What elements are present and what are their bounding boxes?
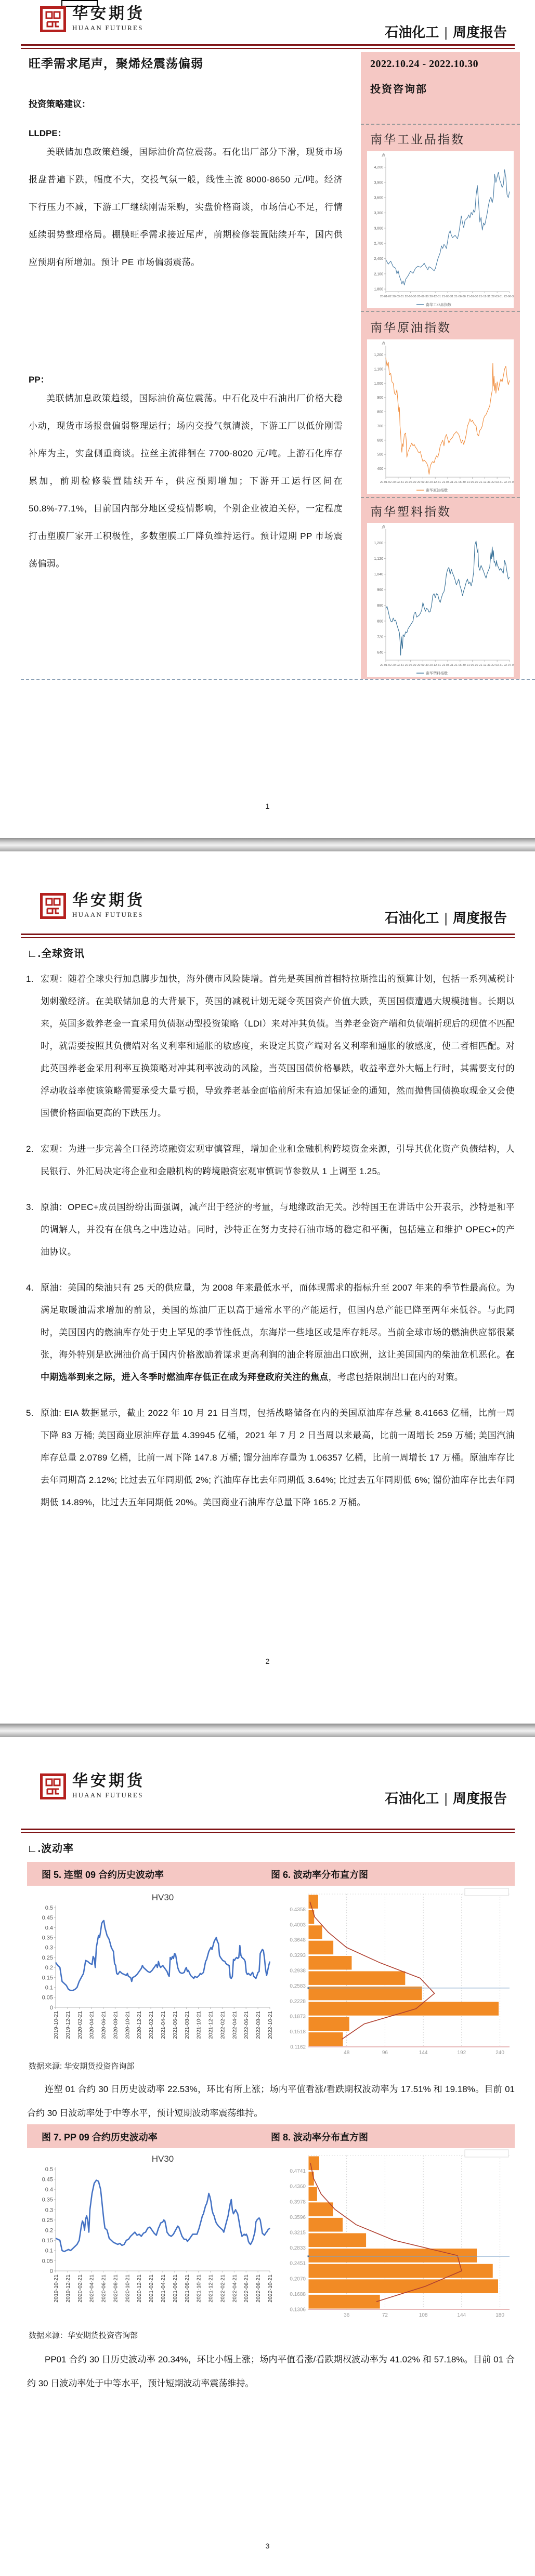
svg-text:1,200: 1,200 [374,353,383,357]
svg-text:2022-02-21: 2022-02-21 [219,2275,226,2303]
svg-text:20-06-30: 20-06-30 [405,295,416,298]
sidebar-panel: 2022.10.24 - 2022.10.30 投资咨询部 南华工业品指数 1,… [361,52,520,679]
svg-text:0.2451: 0.2451 [290,2261,306,2267]
svg-text:0.3596: 0.3596 [290,2215,306,2220]
svg-text:640: 640 [377,651,383,654]
svg-text:2021-10-21: 2021-10-21 [196,2011,202,2039]
lldpe-heading: LLDPE： [29,126,67,139]
svg-text:96: 96 [382,2050,388,2056]
svg-text:2022-10-21: 2022-10-21 [267,2011,273,2039]
svg-text:2021-06-21: 2021-06-21 [172,2275,178,2303]
sidebar-divider [361,124,520,125]
svg-text:960: 960 [377,588,383,592]
svg-text:HV30: HV30 [152,1892,174,1902]
svg-text:0: 0 [50,2268,53,2275]
svg-text:0.2583: 0.2583 [290,1983,306,1989]
global-news-list: 1.宏观：随着全球央行加息脚步加快，海外债市风险陡增。首先是英国前首相特拉斯推出… [26,968,515,1527]
svg-text:22-03-31: 22-03-31 [491,664,503,667]
header-rule [21,44,515,49]
svg-text:0.4360: 0.4360 [290,2184,306,2190]
item-number: 2. [26,1138,34,1160]
report-type-header: 石油化工|周度报告 [385,22,507,41]
svg-text:0.3: 0.3 [45,2207,53,2213]
svg-text:900: 900 [377,396,383,400]
svg-text:21-03-31: 21-03-31 [442,295,453,298]
l09-hv30-chart: 00.050.10.150.20.250.30.350.40.450.52019… [29,1889,277,2058]
figure-caption-banner: 图 7. PP 09 合约历史波动率 图 8. 波动率分布直方图 [27,2124,515,2148]
svg-text:22-03-31: 22-03-31 [491,481,503,484]
svg-text:22-07-01: 22-07-01 [504,481,514,484]
svg-text:20-03-31: 20-03-31 [393,481,404,484]
pp-paragraph: 美联储加息政策趋缓，国际油价高位震荡。中石化及中石油出厂价格大稳小动，现货市场报… [29,385,343,577]
svg-text:20-01-02: 20-01-02 [380,295,392,298]
svg-text:144: 144 [419,2050,428,2056]
svg-text:0.35: 0.35 [42,2197,53,2203]
svg-text:144: 144 [458,2312,466,2318]
svg-text:800: 800 [377,620,383,623]
svg-text:2020-08-21: 2020-08-21 [112,2011,119,2039]
svg-text:2021-04-21: 2021-04-21 [160,2011,166,2039]
sector-label: 石油化工 [385,24,439,40]
svg-text:0.3215: 0.3215 [290,2230,306,2236]
brand-logo: 华安期货 HUAAN FUTURES [40,6,145,32]
l-volatility-paragraph: 连塑 01 合约 30 日历史波动率 22.53%，环比有所上涨；场内平值看涨/… [27,2078,515,2125]
svg-text:2020-08-21: 2020-08-21 [112,2275,119,2303]
svg-text:2022-08-21: 2022-08-21 [255,2275,262,2303]
svg-text:2020-10-21: 2020-10-21 [124,2275,131,2303]
list-item: 4.原油：美国的柴油只有 25 天的供应量，为 2008 年来最低水平，而体现需… [26,1277,515,1388]
sidebar-section-title-plastics: 南华塑料指数 [370,502,451,519]
global-news-heading: ∟.全球资讯 [27,945,85,960]
svg-text:500: 500 [377,453,383,457]
header-rule [21,934,515,938]
brand-seal-icon [40,6,66,32]
report-date-range: 2022.10.24 - 2022.10.30 [370,58,478,70]
svg-text:0.2070: 0.2070 [290,2276,306,2282]
svg-text:1,100: 1,100 [374,367,383,371]
svg-text:800: 800 [377,411,383,414]
svg-text:21-09-30: 21-09-30 [467,295,478,298]
svg-text:0.1: 0.1 [45,1984,53,1991]
svg-text:108: 108 [419,2312,428,2318]
brand-seal-icon [40,1773,66,1799]
svg-text:南华原油指数: 南华原油指数 [426,488,448,493]
page-3: 华安期货 HUAAN FUTURES 石油化工|周度报告 ∟.波动率 图 5. … [0,1737,535,2576]
svg-text:0.1873: 0.1873 [290,2014,306,2020]
svg-text:2,700: 2,700 [374,242,383,246]
brand-logo: 华安期货 HUAAN FUTURES [40,893,145,919]
svg-text:3,000: 3,000 [374,227,383,230]
chart-box-industrial: 1,8002,1002,4002,7003,0003,3003,6003,900… [367,151,514,308]
item-number: 5. [26,1402,34,1424]
figure-caption-banner: 图 5. 连塑 09 合约历史波动率 图 6. 波动率分布直方图 [27,1862,515,1886]
svg-text:0.1306: 0.1306 [290,2307,306,2313]
svg-text:20-09-30: 20-09-30 [417,664,428,667]
sector-label: 石油化工 [385,1791,439,1806]
list-item: 5.原油: EIA 数据显示，截止 2022 年 10 月 21 日当周，包括战… [26,1402,515,1514]
svg-text:0.2: 0.2 [45,1965,53,1971]
chart-box-plastics: 6407208008809601,0401,1201,20020-01-0220… [367,523,514,677]
svg-text:0.1688: 0.1688 [290,2292,306,2297]
nanhua-plastics-index-chart: 6407208008809601,0401,1201,20020-01-0220… [367,523,514,677]
svg-text:0.2: 0.2 [45,2227,53,2233]
item-text: 原油：OPEC+成员国纷纷出面强调，减产出于经济的考量，与地缘政治无关。沙特国王… [41,1202,515,1257]
item-number: 1. [26,968,34,990]
svg-text:0.4741: 0.4741 [290,2168,306,2174]
header-separator: | [444,24,448,40]
department-label: 投资咨询部 [370,81,427,96]
item-number: 3. [26,1196,34,1218]
svg-text:2020-12-21: 2020-12-21 [136,2275,142,2303]
fig8-caption: 图 8. 波动率分布直方图 [271,2130,368,2144]
svg-text:2021-08-21: 2021-08-21 [184,2011,190,2039]
svg-text:20-09-30: 20-09-30 [417,295,428,298]
svg-text:0.4: 0.4 [45,1925,53,1931]
svg-text:0.4: 0.4 [45,2187,53,2193]
header-separator: | [444,1791,448,1806]
svg-text:2022-06-21: 2022-06-21 [243,2011,250,2039]
report-type-header: 石油化工|周度报告 [385,908,507,927]
svg-text:0.5: 0.5 [45,2166,53,2173]
svg-text:HV30: HV30 [152,2154,174,2164]
svg-text:192: 192 [458,2050,466,2056]
page-2: 华安期货 HUAAN FUTURES 石油化工|周度报告 ∟.全球资讯 1.宏观… [0,851,535,1724]
brand-name-en: HUAAN FUTURES [72,1791,145,1799]
pp-heading: PP： [29,372,49,385]
svg-text:21-03-31: 21-03-31 [442,664,453,667]
svg-text:0: 0 [50,2005,53,2011]
svg-text:2020-06-21: 2020-06-21 [101,2275,107,2303]
svg-text:0.05: 0.05 [42,1995,53,2001]
pp09-hv30-chart: 00.050.10.150.20.250.30.350.40.450.52019… [29,2150,277,2322]
svg-text:点: 点 [382,341,386,346]
svg-text:22-06-30: 22-06-30 [504,295,514,298]
svg-text:21-12-31: 21-12-31 [479,664,490,667]
fig6-caption: 图 6. 波动率分布直方图 [271,1868,368,1881]
brand-logo: 华安期货 HUAAN FUTURES [40,1773,145,1799]
volatility-heading: ∟.波动率 [27,1840,74,1855]
svg-text:0.45: 0.45 [42,2176,53,2183]
l-volatility-histogram: 48961441922400.43580.40030.36480.32930.2… [283,1888,515,2059]
svg-text:南华塑料指数: 南华塑料指数 [426,671,448,676]
svg-text:0.25: 0.25 [42,1955,53,1961]
item-text: 原油: EIA 数据显示，截止 2022 年 10 月 21 日当周，包括战略储… [41,1408,515,1507]
svg-text:2021-10-21: 2021-10-21 [196,2275,202,2303]
svg-text:0.5: 0.5 [45,1905,53,1911]
svg-text:600: 600 [377,439,383,442]
svg-text:2019-12-21: 2019-12-21 [65,2011,71,2039]
svg-text:2021-04-21: 2021-04-21 [160,2275,166,2303]
brand-seal-icon [40,893,66,919]
item-text: 宏观：为进一步完善全口径跨境融资宏观审慎管理，增加企业和金融机构跨境资金来源，引… [41,1144,515,1176]
svg-text:20-01-02: 20-01-02 [380,664,392,667]
svg-text:21-06-30: 21-06-30 [454,481,466,484]
svg-text:2022-04-21: 2022-04-21 [231,2275,238,2303]
svg-text:21-06-30: 21-06-30 [454,295,466,298]
svg-text:2020-02-21: 2020-02-21 [77,2011,83,2039]
report-type-header: 石油化工|周度报告 [385,1788,507,1807]
page-number: 3 [0,2542,535,2550]
svg-text:0.2833: 0.2833 [290,2245,306,2251]
svg-text:2019-12-21: 2019-12-21 [65,2275,71,2303]
data-source-note: 数据来源：华安期货投资咨询部 [29,2330,138,2341]
svg-text:20-06-30: 20-06-30 [405,664,416,667]
sidebar-divider [361,497,520,498]
svg-text:720: 720 [377,635,383,639]
svg-text:4,200: 4,200 [374,166,383,169]
svg-text:2022-06-21: 2022-06-21 [243,2275,250,2303]
svg-text:20-06-30: 20-06-30 [405,481,416,484]
pp-volatility-histogram: 36721081441800.47410.43600.39780.35960.3… [283,2149,515,2322]
svg-text:22-07-01: 22-07-01 [504,664,514,667]
svg-text:2020-04-21: 2020-04-21 [89,2275,95,2303]
svg-text:700: 700 [377,425,383,428]
svg-text:点: 点 [382,153,386,157]
svg-text:36: 36 [344,2312,350,2318]
svg-text:0.1518: 0.1518 [290,2029,306,2035]
lldpe-paragraph: 美联储加息政策趋缓，国际油价高位震荡。石化出厂部分下滑，现货市场报盘普遍下跌，幅… [29,138,343,276]
svg-text:0.3648: 0.3648 [290,1938,306,1943]
sidebar-section-title-crude: 南华原油指数 [370,318,451,335]
data-source-note: 数据来源: 华安期货投资咨询部 [29,2060,134,2071]
svg-text:2021-06-21: 2021-06-21 [172,2011,178,2039]
svg-text:21-12-31: 21-12-31 [479,295,490,298]
page-number: 1 [0,802,535,810]
list-item: 1.宏观：随着全球央行加息脚步加快，海外债市风险陡增。首先是英国前首相特拉斯推出… [26,968,515,1124]
item-text: 宏观：随着全球央行加息脚步加快，海外债市风险陡增。首先是英国前首相特拉斯推出的预… [41,974,515,1118]
svg-text:0.4358: 0.4358 [290,1907,306,1913]
svg-text:0.15: 0.15 [42,1975,53,1981]
svg-text:21-12-31: 21-12-31 [479,481,490,484]
svg-text:400: 400 [377,467,383,471]
svg-text:21-03-31: 21-03-31 [442,481,453,484]
page-title: 旺季需求尾声，聚烯烃震荡偏弱 [29,54,203,71]
svg-text:0.45: 0.45 [42,1915,53,1921]
svg-text:240: 240 [495,2050,504,2056]
fig5-caption: 图 5. 连塑 09 合约历史波动率 [42,1868,164,1881]
svg-text:1,200: 1,200 [374,542,383,545]
report-type-label: 周度报告 [453,1791,507,1806]
pp-volatility-paragraph: PP01 合约 30 日历史波动率 20.34%，环比小幅上涨；场内平值看涨/看… [27,2348,515,2396]
svg-text:2,400: 2,400 [374,257,383,261]
svg-text:20-03-31: 20-03-31 [393,295,404,298]
svg-text:2020-10-21: 2020-10-21 [124,2011,131,2039]
svg-text:2021-12-21: 2021-12-21 [208,2011,214,2039]
svg-text:2020-04-21: 2020-04-21 [89,2011,95,2039]
item-number: 4. [26,1277,34,1299]
page-gap [0,838,535,851]
svg-text:2022-04-21: 2022-04-21 [231,2011,238,2039]
svg-text:2022-08-21: 2022-08-21 [255,2011,262,2039]
section-bottom-divider [21,679,535,680]
svg-text:2021-08-21: 2021-08-21 [184,2275,190,2303]
svg-text:0.1: 0.1 [45,2248,53,2254]
svg-text:2020-12-21: 2020-12-21 [136,2011,142,2039]
svg-text:南华工业品指数: 南华工业品指数 [426,303,451,307]
svg-text:0.2228: 0.2228 [290,1999,306,2004]
svg-text:2020-06-21: 2020-06-21 [101,2011,107,2039]
brand-name-cn: 华安期货 [72,1773,145,1789]
svg-text:21-09-30: 21-09-30 [467,481,478,484]
svg-text:2,100: 2,100 [374,272,383,276]
svg-text:20-01-02: 20-01-02 [380,481,392,484]
svg-text:2019-10-21: 2019-10-21 [53,2011,59,2039]
svg-text:2022-10-21: 2022-10-21 [267,2275,273,2303]
svg-text:1,800: 1,800 [374,288,383,292]
page-gap [0,1724,535,1737]
nanhua-crude-index-chart: 4005006007008009001,0001,1001,20020-01-0… [367,339,514,494]
svg-text:20-12-31: 20-12-31 [429,481,441,484]
svg-text:20-09-30: 20-09-30 [417,481,428,484]
svg-text:2019-10-21: 2019-10-21 [53,2275,59,2303]
svg-text:0.3978: 0.3978 [290,2199,306,2205]
svg-text:2022-02-21: 2022-02-21 [219,2011,226,2039]
svg-text:3,600: 3,600 [374,196,383,200]
svg-text:20-03-31: 20-03-31 [393,664,404,667]
svg-text:2020-02-21: 2020-02-21 [77,2275,83,2303]
header-separator: | [444,910,448,926]
svg-text:3,300: 3,300 [374,212,383,215]
svg-text:0.1162: 0.1162 [290,2045,306,2051]
list-item: 3.原油：OPEC+成员国纷纷出面强调，减产出于经济的考量，与地缘政治无关。沙特… [26,1196,515,1263]
report-type-label: 周度报告 [453,24,507,40]
svg-text:0.2938: 0.2938 [290,1968,306,1974]
chart-box-crude: 4005006007008009001,0001,1001,20020-01-0… [367,339,514,494]
brand-name-en: HUAAN FUTURES [72,911,145,919]
svg-text:0.25: 0.25 [42,2217,53,2224]
svg-text:21-09-30: 21-09-30 [467,664,478,667]
svg-text:0.05: 0.05 [42,2258,53,2264]
svg-text:48: 48 [344,2050,350,2056]
sector-label: 石油化工 [385,910,439,926]
svg-text:21-06-30: 21-06-30 [454,664,466,667]
brand-name-cn: 华安期货 [72,6,145,22]
fig7-caption: 图 7. PP 09 合约历史波动率 [42,2130,158,2144]
svg-text:20-12-31: 20-12-31 [429,664,441,667]
page-1: 华安期货 HUAAN FUTURES 石油化工|周度报告 旺季需求尾声，聚烯烃震… [0,0,535,838]
svg-text:2021-12-21: 2021-12-21 [208,2275,214,2303]
svg-text:20-12-31: 20-12-31 [429,295,441,298]
brand-name-en: HUAAN FUTURES [72,24,145,32]
svg-text:0.35: 0.35 [42,1935,53,1941]
svg-text:1,120: 1,120 [374,557,383,561]
nanhua-industrial-index-chart: 1,8002,1002,4002,7003,0003,3003,6003,900… [367,151,514,308]
sidebar-section-title-industrial: 南华工业品指数 [370,130,465,147]
report-type-label: 周度报告 [453,910,507,926]
svg-text:0.15: 0.15 [42,2238,53,2244]
page-number: 2 [0,1657,535,1665]
svg-text:1,000: 1,000 [374,382,383,386]
svg-text:880: 880 [377,604,383,608]
svg-text:0.3293: 0.3293 [290,1953,306,1959]
sidebar-divider [361,311,520,312]
item-text: ，考虑包括限制出口在内的对策。 [329,1372,464,1382]
svg-text:72: 72 [382,2312,388,2318]
brand-name-cn: 华安期货 [72,893,145,909]
svg-text:0.4003: 0.4003 [290,1922,306,1928]
list-item: 2.宏观：为进一步完善全口径跨境融资宏观审慎管理，增加企业和金融机构跨境资金来源… [26,1138,515,1182]
svg-text:1,040: 1,040 [374,573,383,576]
report-document: 华安期货 HUAAN FUTURES 石油化工|周度报告 旺季需求尾声，聚烯烃震… [0,0,535,2576]
svg-text:点: 点 [382,524,386,529]
svg-text:2021-02-21: 2021-02-21 [148,2011,154,2039]
svg-text:3,900: 3,900 [374,181,383,185]
svg-text:180: 180 [495,2312,504,2318]
svg-text:2021-02-21: 2021-02-21 [148,2275,154,2303]
svg-text:0.3: 0.3 [45,1945,53,1951]
item-text: 原油：美国的柴油只有 25 天的供应量，为 2008 年来最低水平，而体现需求的… [41,1283,515,1360]
header-rule [21,1829,515,1833]
svg-text:22-03-31: 22-03-31 [491,295,503,298]
strategy-heading: 投资策略建议： [29,97,90,110]
